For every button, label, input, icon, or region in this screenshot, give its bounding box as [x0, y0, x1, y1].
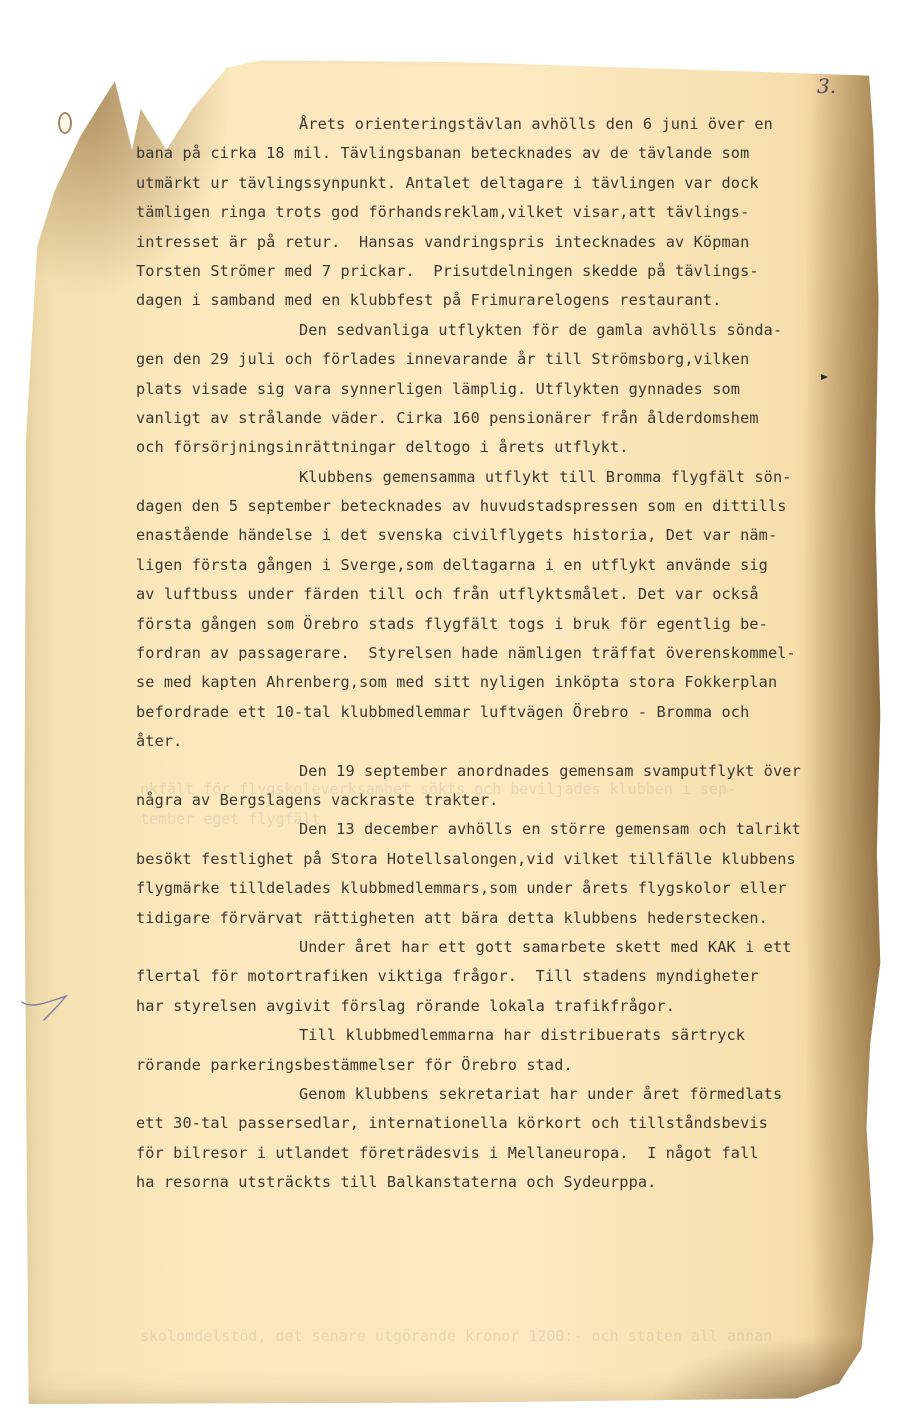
text-line: Torsten Strömer med 7 prickar. Prisutdel…	[136, 257, 846, 286]
text-line: vanligt av strålande väder. Cirka 160 pe…	[136, 404, 846, 433]
text-line: fordran av passagerare. Styrelsen hade n…	[136, 639, 846, 668]
text-line: bana på cirka 18 mil. Tävlingsbanan bete…	[136, 139, 846, 168]
text-line: av luftbuss under färden till och från u…	[136, 580, 846, 609]
text-line: några av Bergslagens vackraste trakter.	[136, 786, 846, 815]
paragraph: Till klubbmedlemmarna har distribuerats …	[136, 1021, 846, 1080]
typewritten-body: Årets orienteringstävlan avhölls den 6 j…	[136, 110, 846, 1197]
text-line: tämligen ringa trots god förhandsreklam,…	[136, 198, 846, 227]
text-line: ett 30-tal passersedlar, internationella…	[136, 1109, 846, 1138]
text-line: gen den 29 juli och förlades innevarande…	[136, 345, 846, 374]
text-line: dagen den 5 september betecknades av huv…	[136, 492, 846, 521]
text-line: flertal för motortrafiken viktiga frågor…	[136, 962, 846, 991]
pencil-margin-mark-icon	[18, 992, 70, 1026]
text-line: Genom klubbens sekretariat har under åre…	[136, 1080, 846, 1109]
paragraph: Klubbens gemensamma utflykt till Bromma …	[136, 463, 846, 757]
text-line: enastående händelse i det svenska civilf…	[136, 521, 846, 550]
text-line: första gången som Örebro stads flygfält …	[136, 610, 846, 639]
text-line: utmärkt ur tävlingssynpunkt. Antalet del…	[136, 169, 846, 198]
text-line: intresset är på retur. Hansas vandringsp…	[136, 228, 846, 257]
paragraph: Under året har ett gott samarbete skett …	[136, 933, 846, 1021]
text-line: ligen första gången i Sverge,som deltaga…	[136, 551, 846, 580]
text-line: Den 13 december avhölls en större gemens…	[136, 815, 846, 844]
text-line: dagen i samband med en klubbfest på Frim…	[136, 286, 846, 315]
text-line: Klubbens gemensamma utflykt till Bromma …	[136, 463, 846, 492]
text-line: har styrelsen avgivit förslag rörande lo…	[136, 992, 846, 1021]
text-line: besökt festlighet på Stora Hotellsalonge…	[136, 845, 846, 874]
text-line: Den 19 september anordnades gemensam sva…	[136, 757, 846, 786]
paragraph: Den 19 september anordnades gemensam sva…	[136, 757, 846, 816]
text-line: Till klubbmedlemmarna har distribuerats …	[136, 1021, 846, 1050]
text-line: rörande parkeringsbestämmelser för Örebr…	[136, 1051, 846, 1080]
text-line: plats visade sig vara synnerligen lämpli…	[136, 375, 846, 404]
text-line: ha resorna utsträckts till Balkanstatern…	[136, 1168, 846, 1197]
bleed-through-text: skolomdelstöd, det senare utgörande kron…	[140, 1327, 772, 1345]
text-line: för bilresor i utlandet företrädesvis i …	[136, 1139, 846, 1168]
paragraph: Genom klubbens sekretariat har under åre…	[136, 1080, 846, 1198]
text-line: tidigare förvärvat rättigheten att bära …	[136, 904, 846, 933]
text-line: åter.	[136, 727, 846, 756]
text-line: och försörjningsinrättningar deltogo i å…	[136, 433, 846, 462]
text-line: befordrade ett 10-tal klubbmedlemmar luf…	[136, 698, 846, 727]
burn-hole	[58, 112, 72, 134]
text-line: Den sedvanliga utflykten för de gamla av…	[136, 316, 846, 345]
text-line: Årets orienteringstävlan avhölls den 6 j…	[136, 110, 846, 139]
paragraph: Den 13 december avhölls en större gemens…	[136, 815, 846, 933]
paragraph: Årets orienteringstävlan avhölls den 6 j…	[136, 110, 846, 316]
text-line: se med kapten Ahrenberg,som med sitt nyl…	[136, 668, 846, 697]
handwritten-page-number: 3.	[817, 74, 836, 98]
text-line: flygmärke tilldelades klubbmedlemmars,so…	[136, 874, 846, 903]
text-line: Under året har ett gott samarbete skett …	[136, 933, 846, 962]
paragraph: Den sedvanliga utflykten för de gamla av…	[136, 316, 846, 463]
